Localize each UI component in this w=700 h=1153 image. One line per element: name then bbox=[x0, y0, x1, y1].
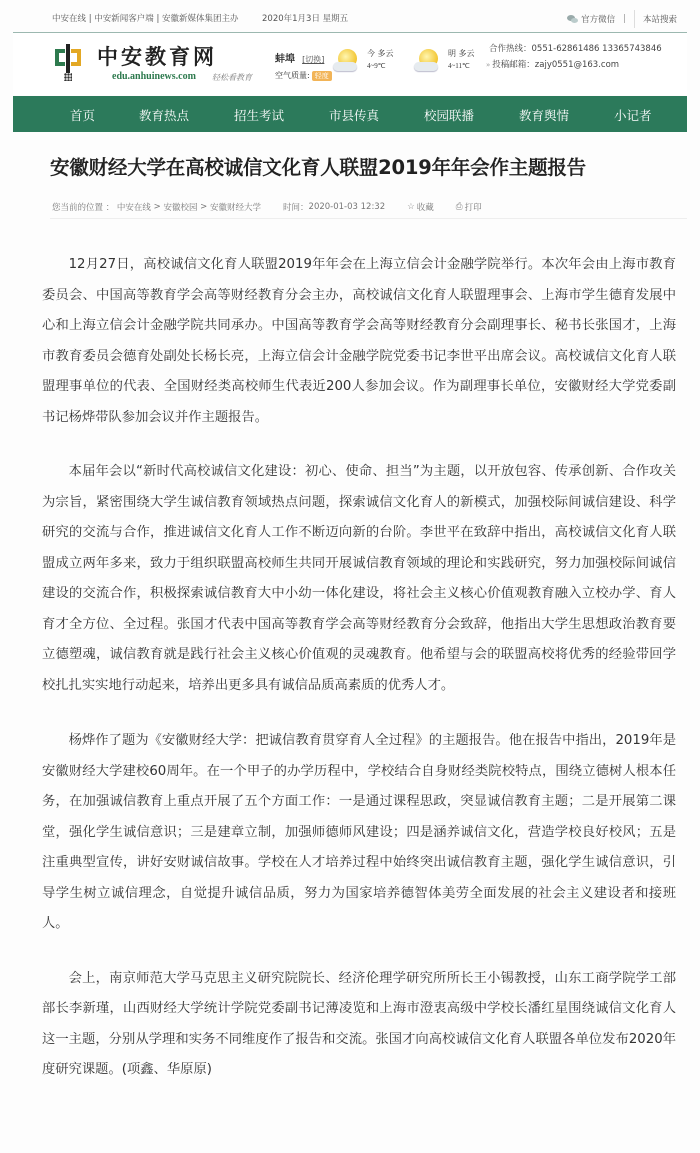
weather-city: 蚌埠 bbox=[275, 54, 295, 65]
weather-today-label: 今 多云 bbox=[367, 47, 394, 60]
divider bbox=[50, 218, 687, 219]
weather-location: 蚌埠 [切换] 空气质量: 轻度 bbox=[275, 47, 332, 81]
breadcrumb-item[interactable]: 中安在线 bbox=[117, 201, 151, 213]
wechat-label: 官方微信 bbox=[581, 13, 615, 25]
partly-cloudy-icon bbox=[416, 47, 442, 73]
air-quality: 空气质量: 轻度 bbox=[275, 70, 332, 81]
logo-url: edu.anhuinews.com bbox=[112, 71, 196, 82]
article-meta: 您当前的位置 ： 中安在线 > 安徽校园 > 安徽财经大学 时间： 2020-0… bbox=[52, 201, 482, 213]
star-icon: ☆ bbox=[407, 202, 415, 212]
nav-campus-broadcast[interactable]: 校园联播 bbox=[424, 106, 474, 124]
contact-info: 合作热线：0551-62861486 13365743846 »投稿邮箱：zaj… bbox=[486, 41, 662, 73]
double-arrow-icon: » bbox=[486, 61, 490, 69]
breadcrumb-item[interactable]: 安徽校园 bbox=[163, 201, 197, 213]
nav-little-reporter[interactable]: 小记者 bbox=[614, 106, 652, 124]
weather-tomorrow-range: 4~11℃ bbox=[448, 60, 475, 73]
top-bar: 中安在线 | 中安新闻客户端 | 安徽新媒体集团主办 2020年1月3日 星期五… bbox=[13, 0, 687, 33]
weather-today-range: 4~9℃ bbox=[367, 60, 394, 73]
weather-tomorrow-label: 明 多云 bbox=[448, 47, 475, 60]
hotline: 合作热线：0551-62861486 13365743846 bbox=[486, 41, 662, 57]
submission-email-row: »投稿邮箱：zajy0551@163.com bbox=[486, 57, 662, 73]
print-button[interactable]: 打印 bbox=[465, 201, 482, 213]
wechat-icon bbox=[567, 15, 579, 24]
nav-city-county-news[interactable]: 市县传真 bbox=[329, 106, 379, 124]
official-wechat-link[interactable]: 官方微信 bbox=[567, 13, 615, 25]
breadcrumb-separator: > bbox=[154, 202, 161, 212]
nav-home[interactable]: 首页 bbox=[70, 106, 95, 124]
switch-city-link[interactable]: [切换] bbox=[302, 55, 324, 64]
printer-icon: ⎙ bbox=[456, 202, 463, 212]
main-nav: 首页 教育热点 招生考试 市县传真 校园联播 教育舆情 小记者 bbox=[13, 96, 687, 132]
article-body: 12月27日，高校诚信文化育人联盟2019年年会在上海立信会计金融学院举行。本次… bbox=[42, 250, 676, 1110]
partly-cloudy-icon bbox=[335, 47, 361, 73]
top-right-tools: 官方微信 | 本站搜索 bbox=[567, 10, 677, 28]
logo-slogan: 轻松看教育 bbox=[212, 72, 252, 83]
weather-today: 今 多云 4~9℃ bbox=[335, 47, 394, 73]
article-title: 安徽财经大学在高校诚信文化育人联盟2019年年会作主题报告 bbox=[50, 152, 586, 180]
breadcrumb-label: 您当前的位置 ： bbox=[52, 201, 114, 213]
article-paragraph: 会上，南京师范大学马克思主义研究院院长、经济伦理学研究所所长王小锡教授，山东工商… bbox=[42, 964, 676, 1086]
breadcrumb-item[interactable]: 安徽财经大学 bbox=[210, 201, 261, 213]
publish-time: 2020-01-03 12:32 bbox=[309, 202, 386, 212]
article-paragraph: 12月27日，高校诚信文化育人联盟2019年年会在上海立信会计金融学院举行。本次… bbox=[42, 250, 676, 433]
current-date: 2020年1月3日 星期五 bbox=[262, 12, 348, 24]
nav-education-opinion[interactable]: 教育舆情 bbox=[519, 106, 569, 124]
air-quality-badge: 轻度 bbox=[312, 71, 332, 81]
article-paragraph: 本届年会以“新时代高校诚信文化建设：初心、使命、担当”为主题，以开放包容、传承创… bbox=[42, 457, 676, 701]
submission-email[interactable]: 投稿邮箱：zajy0551@163.com bbox=[492, 60, 619, 70]
weather-tomorrow: 明 多云 4~11℃ bbox=[416, 47, 475, 73]
nav-admissions-exams[interactable]: 招生考试 bbox=[234, 106, 284, 124]
site-search-button[interactable]: 本站搜索 bbox=[634, 10, 677, 28]
nav-education-hotspots[interactable]: 教育热点 bbox=[139, 106, 189, 124]
site-header: 中安教育网 edu.anhuinews.com 轻松看教育 蚌埠 [切换] 空气… bbox=[13, 33, 687, 95]
breadcrumb-separator: > bbox=[200, 202, 207, 212]
logo-icon[interactable] bbox=[53, 43, 87, 83]
top-links[interactable]: 中安在线 | 中安新闻客户端 | 安徽新媒体集团主办 bbox=[52, 12, 239, 24]
favorite-button[interactable]: 收藏 bbox=[417, 201, 434, 213]
divider: | bbox=[623, 14, 626, 24]
air-quality-label: 空气质量: bbox=[275, 70, 310, 81]
time-label: 时间： bbox=[283, 201, 309, 213]
article-paragraph: 杨烨作了题为《安徽财经大学：把诚信教育贯穿育人全过程》的主题报告。他在报告中指出… bbox=[42, 726, 676, 940]
logo-text[interactable]: 中安教育网 bbox=[97, 41, 217, 71]
